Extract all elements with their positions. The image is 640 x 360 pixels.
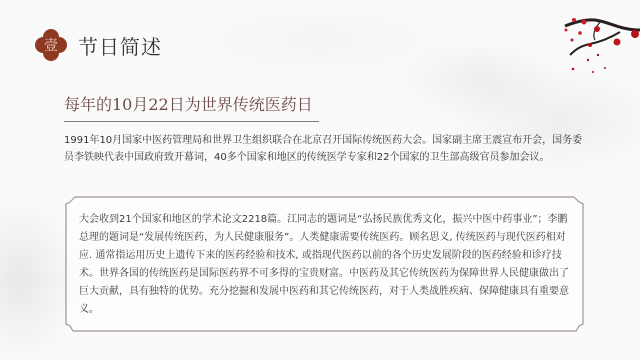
quote-paragraph: 大会收到21个国家和地区的学术论文2218篇。江同志的题词是“弘扬民族优秀文化，…	[79, 211, 571, 319]
headline: 每年的10月22日为世界传统医药日	[64, 92, 319, 122]
section-header: 壹 节日简述	[34, 28, 162, 62]
section-number-badge: 壹	[34, 28, 68, 62]
quote-box: 大会收到21个国家和地区的学术论文2218篇。江同志的题词是“弘扬民族优秀文化，…	[65, 196, 584, 332]
intro-paragraph: 1991年10月国家中医药管理局和世界卫生组织联合在北京召开国际传统医药大会。国…	[64, 132, 584, 166]
section-title: 节日简述	[78, 31, 162, 60]
section-number: 壹	[34, 28, 68, 62]
plum-blossom-icon	[480, 0, 640, 100]
